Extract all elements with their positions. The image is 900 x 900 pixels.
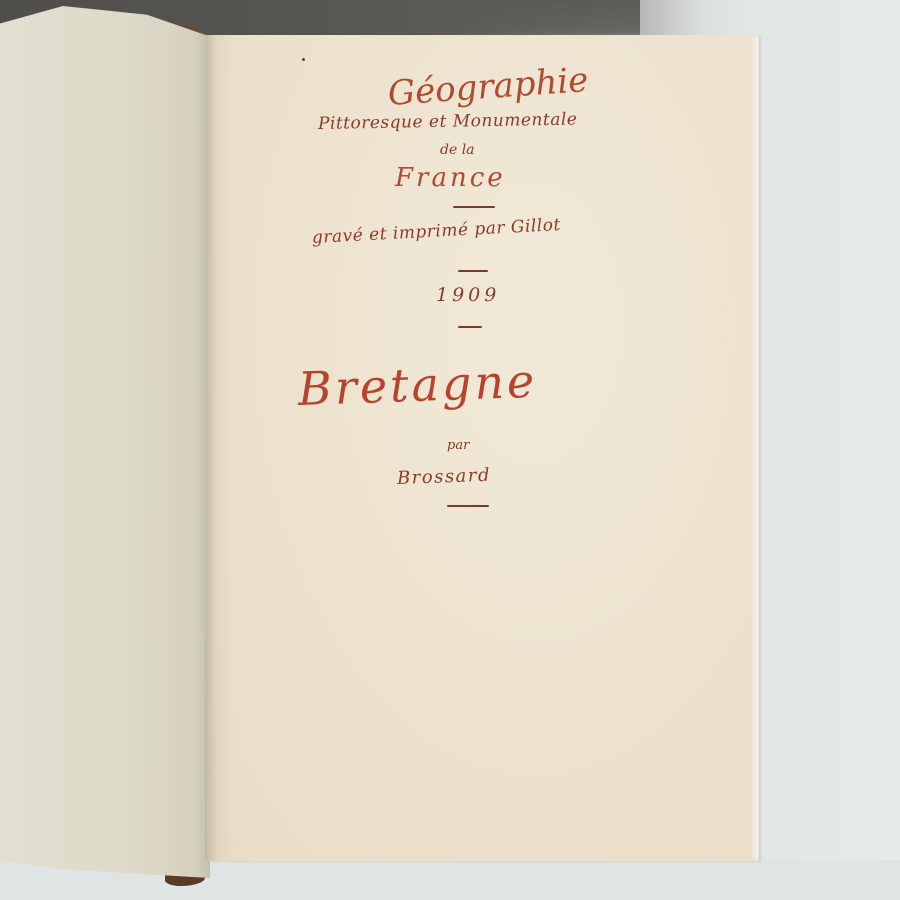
divider-1: [453, 206, 495, 208]
divider-4: [447, 505, 489, 507]
region-bretagne: Bretagne: [297, 354, 538, 416]
title-page: [205, 35, 755, 861]
gutter-shadow: [205, 35, 235, 861]
page-edges: [752, 38, 758, 858]
par-label: par: [447, 438, 469, 453]
left-page-blank: [0, 6, 210, 878]
title-de-la: de la: [440, 142, 475, 158]
paper-speck: [302, 58, 305, 61]
divider-3: [458, 326, 482, 328]
title-france: France: [395, 163, 506, 193]
divider-2: [458, 270, 488, 272]
year: 1909: [436, 284, 500, 306]
author-brossard: Brossard: [397, 465, 492, 489]
